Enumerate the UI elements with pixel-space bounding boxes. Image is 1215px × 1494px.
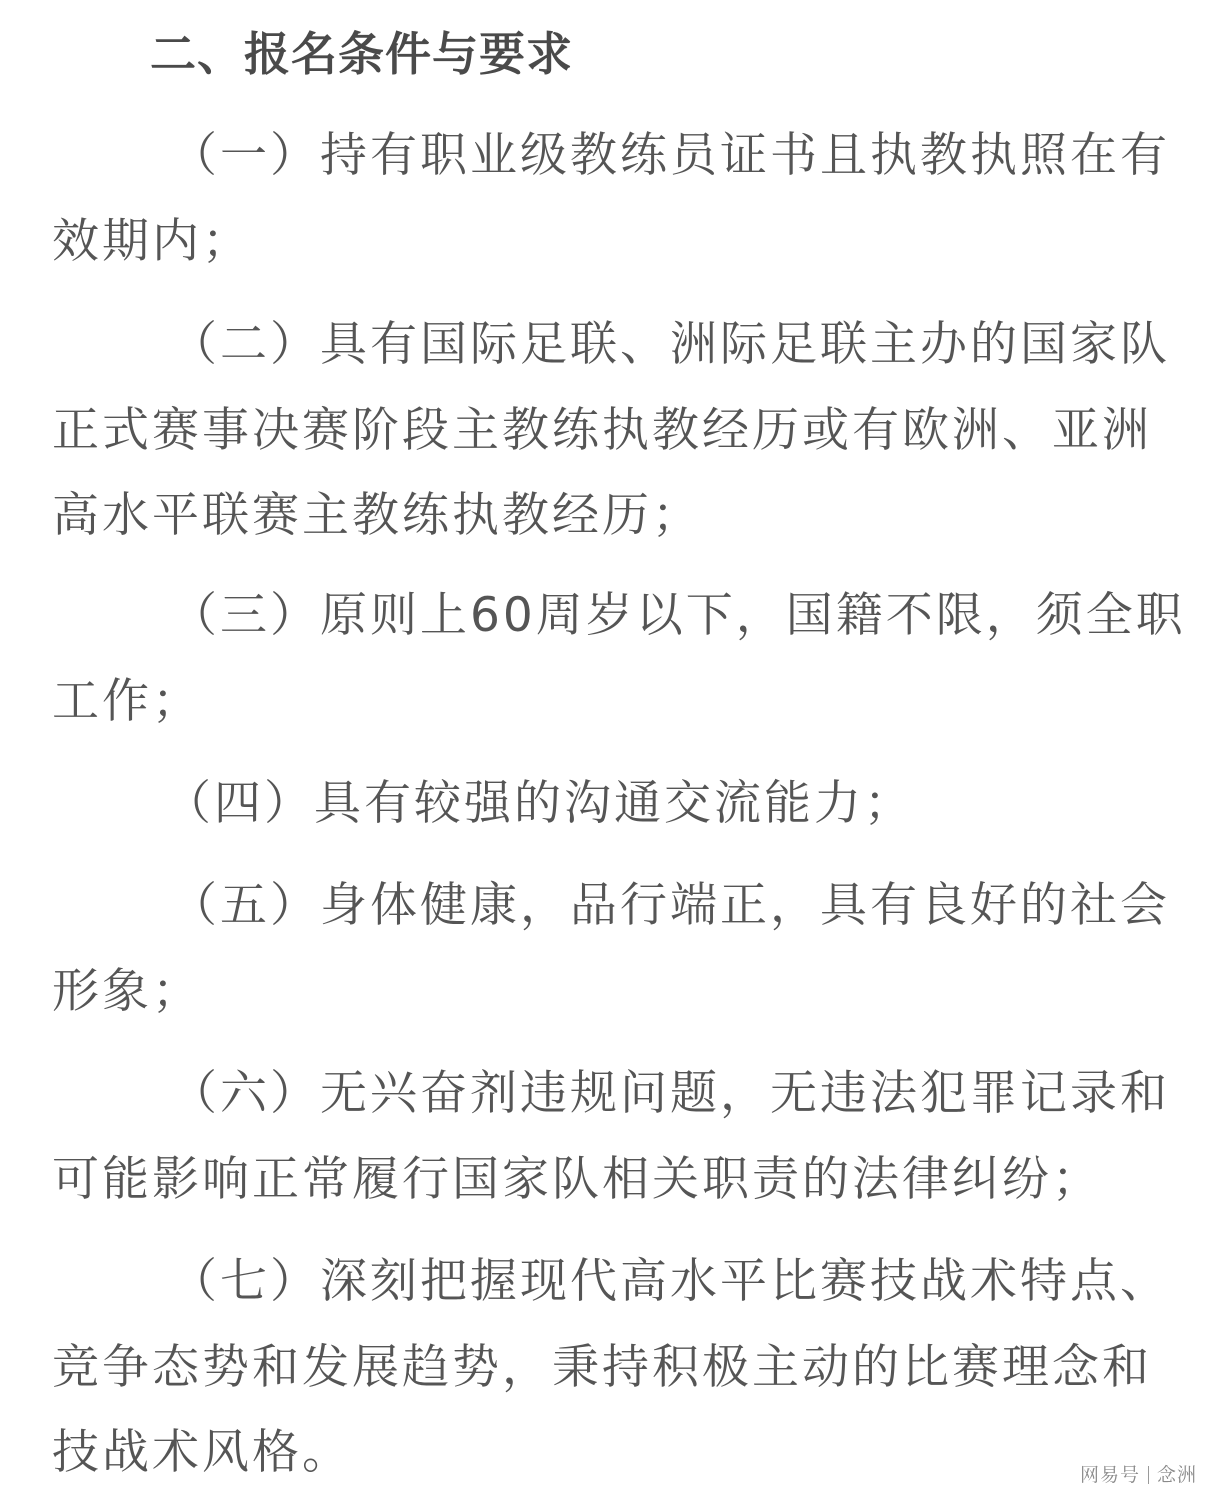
item-3-line-1: （三）原则上60周岁以下，国籍不限，须全职 (170, 584, 1186, 648)
item-3-line-2: 工作； (52, 670, 202, 734)
item-7-line-3: 技战术风格。 (52, 1421, 352, 1485)
watermark: 网易号念洲 (1080, 1460, 1197, 1487)
item-1-line-2: 效期内； (52, 210, 252, 274)
item-6-line-1: （六）无兴奋剂违规问题，无违法犯罪记录和 (170, 1062, 1170, 1126)
item-4-line-1: （四）具有较强的沟通交流能力； (164, 772, 914, 836)
watermark-divider (1148, 1466, 1149, 1484)
watermark-author: 念洲 (1157, 1464, 1197, 1486)
item-7-line-2: 竞争态势和发展趋势，秉持积极主动的比赛理念和 (52, 1336, 1152, 1400)
item-7-line-1: （七）深刻把握现代高水平比赛技战术特点、 (170, 1250, 1170, 1314)
item-2-line-3: 高水平联赛主教练执教经历； (52, 484, 702, 548)
watermark-source: 网易号 (1080, 1464, 1140, 1486)
item-2-line-1: （二）具有国际足联、洲际足联主办的国家队 (170, 313, 1170, 377)
item-5-line-2: 形象； (52, 960, 202, 1024)
item-6-line-2: 可能影响正常履行国家队相关职责的法律纠纷； (52, 1148, 1102, 1212)
section-heading: 二、报名条件与要求 (150, 22, 573, 86)
item-5-line-1: （五）身体健康，品行端正，具有良好的社会 (170, 874, 1170, 938)
item-1-line-1: （一）持有职业级教练员证书且执教执照在有 (170, 124, 1170, 188)
item-2-line-2: 正式赛事决赛阶段主教练执教经历或有欧洲、亚洲 (52, 399, 1152, 463)
